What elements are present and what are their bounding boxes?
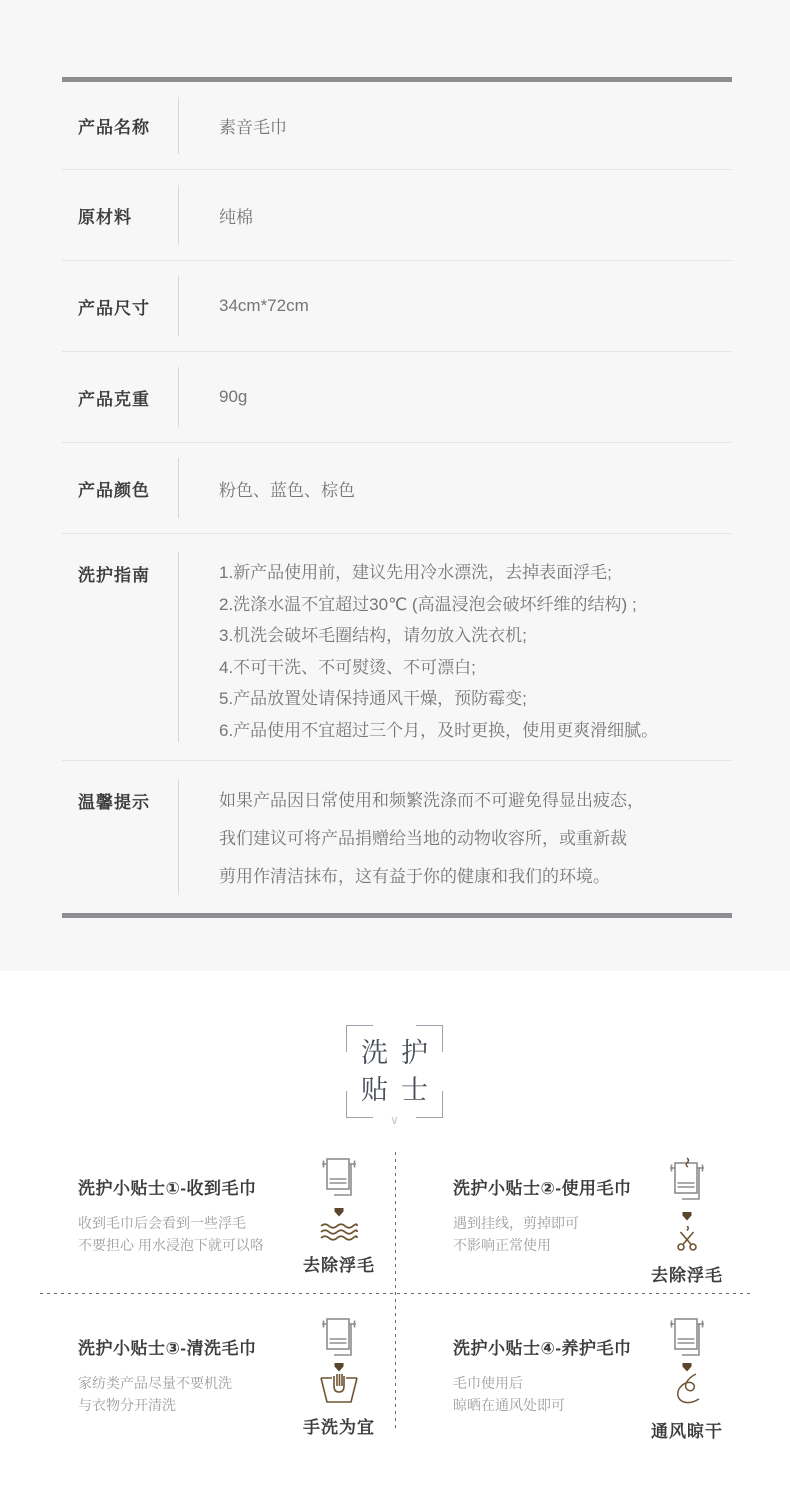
care-tips-title-line1: 洗护 xyxy=(361,1035,441,1072)
tip-text: 洗护小贴士②-使用毛巾 遇到挂线，剪掉即可 不影响正常使用 xyxy=(396,1152,639,1293)
towel-with-thread-icon xyxy=(668,1157,706,1207)
care-tips-title-line2: 贴士 xyxy=(361,1072,441,1109)
care-guide-line: 6.产品使用不宜超过三个月，及时更换，使用更爽滑细腻。 xyxy=(219,715,658,747)
spec-label: 产品尺寸 xyxy=(62,294,178,319)
spec-label: 原材料 xyxy=(62,203,178,228)
spec-label: 洗护指南 xyxy=(62,534,178,760)
tip-caption: 去除浮毛 xyxy=(651,1261,723,1286)
tip-title: 洗护小贴士③-清洗毛巾 xyxy=(78,1334,291,1359)
towel-icon xyxy=(668,1317,706,1363)
tips-grid: 洗护小贴士①-收到毛巾 收到毛巾后会看到一些浮毛 不要担心 用水浸泡下就可以咯 xyxy=(40,1152,750,1436)
tip-text: 洗护小贴士③-清洗毛巾 家纺类产品尽量不要机洗 与衣物分开清洗 xyxy=(40,1294,291,1435)
tip-caption: 手洗为宜 xyxy=(303,1413,375,1438)
care-tips-title-box: 洗护 贴士 ∨ xyxy=(346,1025,443,1118)
table-bottom-bar xyxy=(62,913,732,918)
arrow-down-icon xyxy=(681,1363,693,1372)
spec-label: 产品名称 xyxy=(62,113,178,138)
tip-description: 遇到挂线，剪掉即可 xyxy=(453,1212,639,1234)
tip-description: 家纺类产品尽量不要机洗 xyxy=(78,1372,291,1394)
warm-tips-lines: 如果产品因日常使用和频繁洗涤而不可避免得显出疲态， 我们建议可将产品捐赠给当地的… xyxy=(179,761,644,913)
spec-value: 纯棉 xyxy=(179,203,253,228)
care-guide-lines: 1.新产品使用前，建议先用冷水漂洗，去掉表面浮毛; 2.洗涤水温不宜超过30℃ … xyxy=(179,534,658,760)
arrow-down-icon xyxy=(681,1212,693,1221)
tip-icons: 通风晾干 xyxy=(639,1294,735,1435)
spec-label: 产品克重 xyxy=(62,385,178,410)
spec-row-warm-tips: 温馨提示 如果产品因日常使用和频繁洗涤而不可避免得显出疲态， 我们建议可将产品捐… xyxy=(62,761,732,913)
care-tips-section: 洗护 贴士 ∨ 洗护小贴士①-收到毛巾 收到毛巾后会看到一些浮毛 不要担心 用水… xyxy=(0,971,790,1485)
tip-icons: 手洗为宜 xyxy=(291,1294,387,1435)
spec-row-weight: 产品克重 90g xyxy=(62,352,732,443)
warm-tips-line: 我们建议可将产品捐赠给当地的动物收容所，或重新裁 xyxy=(219,820,644,858)
towel-icon xyxy=(320,1317,358,1363)
spec-row-care-guide: 洗护指南 1.新产品使用前，建议先用冷水漂洗，去掉表面浮毛; 2.洗涤水温不宜超… xyxy=(62,534,732,761)
tip-description: 晾晒在通风处即可 xyxy=(453,1394,639,1416)
care-guide-line: 4.不可干洗、不可熨烫、不可漂白; xyxy=(219,652,658,684)
spec-row-colors: 产品颜色 粉色、蓝色、棕色 xyxy=(62,443,732,534)
spec-value: 粉色、蓝色、棕色 xyxy=(179,476,355,501)
tip-caption: 通风晾干 xyxy=(651,1417,723,1442)
warm-tips-line: 如果产品因日常使用和频繁洗涤而不可避免得显出疲态， xyxy=(219,782,644,820)
tip-card-2: 洗护小贴士②-使用毛巾 遇到挂线，剪掉即可 不影响正常使用 xyxy=(396,1152,751,1293)
care-guide-line: 1.新产品使用前，建议先用冷水漂洗，去掉表面浮毛; xyxy=(219,557,658,589)
product-spec-section: 产品名称 素音毛巾 原材料 纯棉 产品尺寸 34cm*72cm 产品克重 90g… xyxy=(0,0,790,971)
care-guide-line: 3.机洗会破坏毛圈结构，请勿放入洗衣机; xyxy=(219,620,658,652)
tip-text: 洗护小贴士④-养护毛巾 毛巾使用后 晾晒在通风处即可 xyxy=(396,1294,639,1435)
product-spec-table: 产品名称 素音毛巾 原材料 纯棉 产品尺寸 34cm*72cm 产品克重 90g… xyxy=(62,77,732,918)
tip-description: 毛巾使用后 xyxy=(453,1372,639,1394)
spec-row-size: 产品尺寸 34cm*72cm xyxy=(62,261,732,352)
tip-description: 不要担心 用水浸泡下就可以咯 xyxy=(78,1234,291,1256)
tip-card-3: 洗护小贴士③-清洗毛巾 家纺类产品尽量不要机洗 与衣物分开清洗 xyxy=(40,1294,395,1435)
scissors-icon xyxy=(674,1226,700,1252)
spec-value: 34cm*72cm xyxy=(179,296,309,316)
arrow-down-icon xyxy=(333,1208,345,1217)
tip-title: 洗护小贴士②-使用毛巾 xyxy=(453,1174,639,1199)
care-guide-line: 5.产品放置处请保持通风干燥，预防霉变; xyxy=(219,683,658,715)
tip-icons: 去除浮毛 xyxy=(639,1152,735,1293)
breeze-icon xyxy=(672,1372,702,1408)
tip-text: 洗护小贴士①-收到毛巾 收到毛巾后会看到一些浮毛 不要担心 用水浸泡下就可以咯 xyxy=(40,1152,291,1293)
tip-title: 洗护小贴士①-收到毛巾 xyxy=(78,1174,291,1199)
towel-icon xyxy=(320,1157,358,1203)
chevron-down-icon: ∨ xyxy=(385,1113,405,1127)
waves-icon xyxy=(318,1222,360,1242)
spec-label: 产品颜色 xyxy=(62,476,178,501)
hand-wash-icon xyxy=(319,1372,359,1404)
tip-caption: 去除浮毛 xyxy=(303,1251,375,1276)
tip-description: 与衣物分开清洗 xyxy=(78,1394,291,1416)
spec-label: 温馨提示 xyxy=(62,761,178,913)
tip-card-1: 洗护小贴士①-收到毛巾 收到毛巾后会看到一些浮毛 不要担心 用水浸泡下就可以咯 xyxy=(40,1152,395,1293)
spec-value: 素音毛巾 xyxy=(179,113,287,138)
care-tips-title: 洗护 贴士 xyxy=(346,1025,443,1118)
tip-description: 收到毛巾后会看到一些浮毛 xyxy=(78,1212,291,1234)
tip-description: 不影响正常使用 xyxy=(453,1234,639,1256)
tip-icons: 去除浮毛 xyxy=(291,1152,387,1293)
spec-row-product-name: 产品名称 素音毛巾 xyxy=(62,82,732,170)
warm-tips-line: 剪用作清洁抹布，这有益于你的健康和我们的环境。 xyxy=(219,858,644,896)
spec-row-material: 原材料 纯棉 xyxy=(62,170,732,261)
arrow-down-icon xyxy=(333,1363,345,1372)
tip-card-4: 洗护小贴士④-养护毛巾 毛巾使用后 晾晒在通风处即可 xyxy=(396,1294,751,1435)
tip-title: 洗护小贴士④-养护毛巾 xyxy=(453,1334,639,1359)
care-guide-line: 2.洗涤水温不宜超过30℃ (高温浸泡会破坏纤维的结构) ; xyxy=(219,589,658,621)
spec-value: 90g xyxy=(179,387,247,407)
